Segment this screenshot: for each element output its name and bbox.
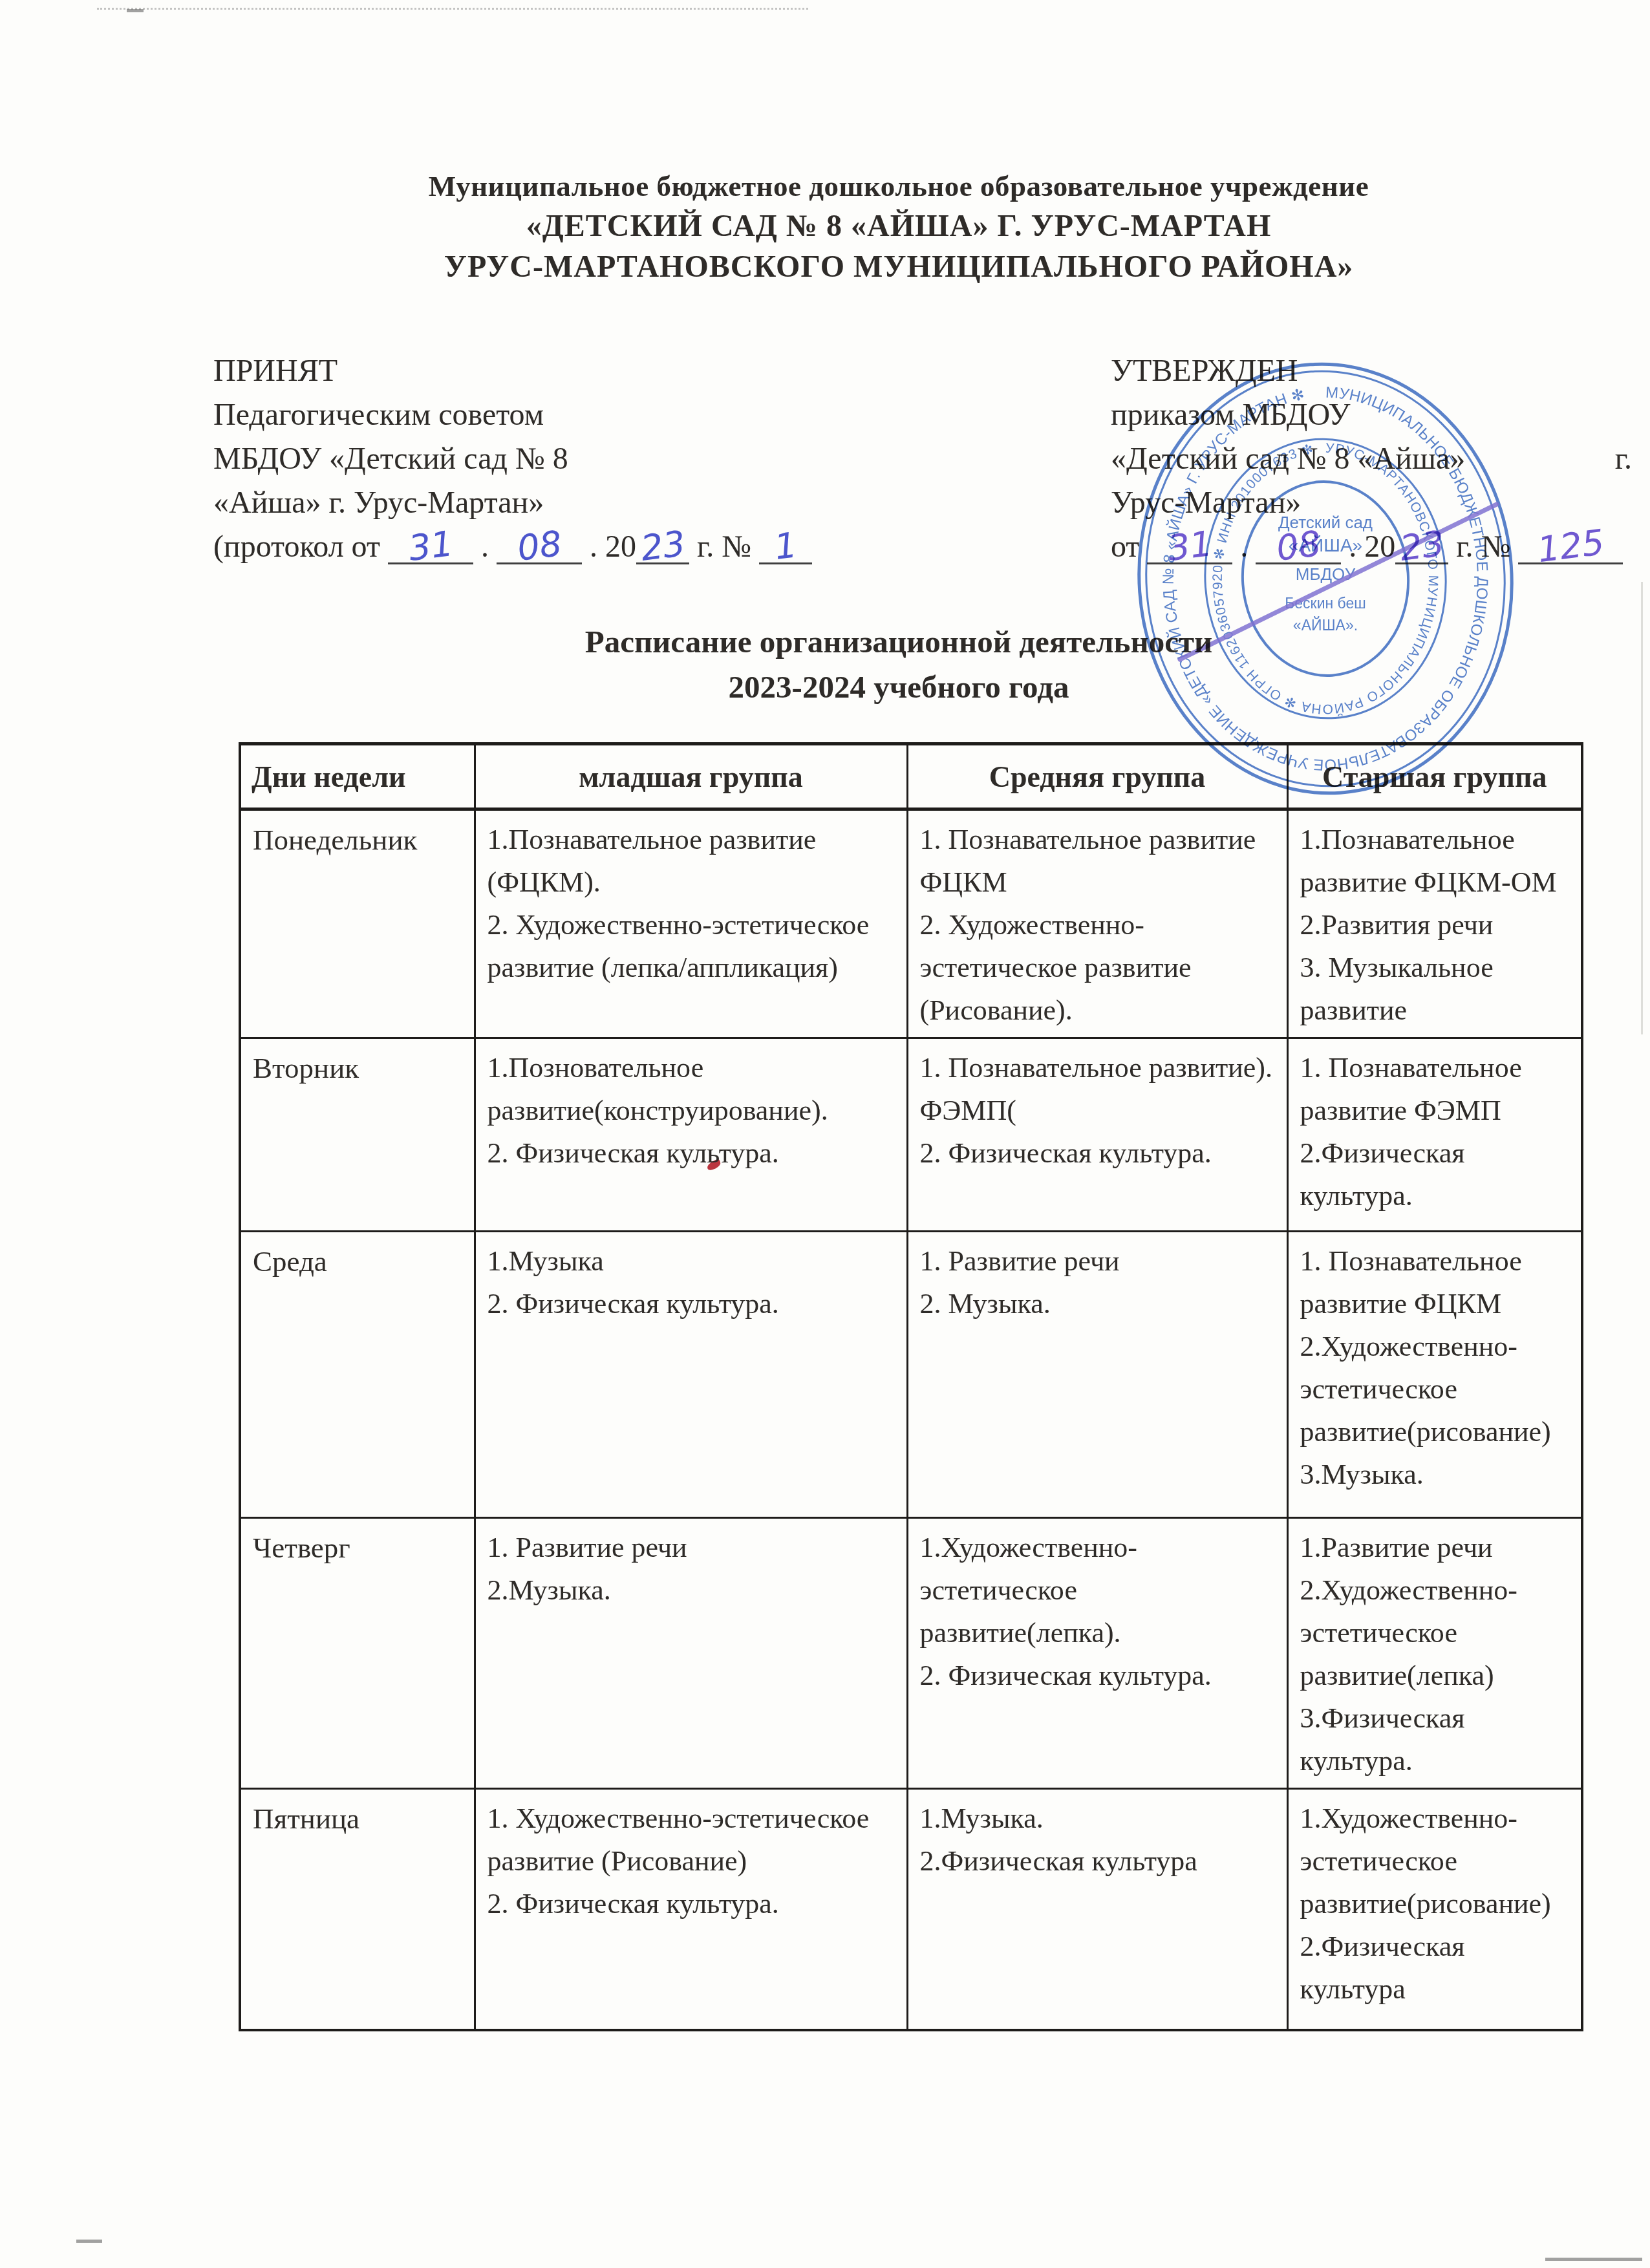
schedule-cell-middle: 1.Художественно-эстетическое развитие(ле… (907, 1518, 1287, 1789)
activity-item: 1. Познавательное развитие ФЦКМ (920, 818, 1275, 904)
activity-item: 1.Позновательное развитие(конструировани… (487, 1047, 895, 1132)
activity-item: 1. Познавательное развитие). (920, 1047, 1275, 1089)
activity-item: 1. Познавательное развитие ФЦКМ (1300, 1240, 1570, 1325)
activity-item: 1. Развитие речи (920, 1240, 1275, 1283)
svg-text:«АЙША».: «АЙША». (1293, 616, 1358, 634)
activity-item: 2. Физическая культура. (920, 1654, 1275, 1697)
table-row: Среда1.Музыка2. Физическая культура.1. Р… (240, 1232, 1582, 1518)
day-cell: Пятница (240, 1789, 475, 2031)
activity-item: ФЭМП( (920, 1089, 1275, 1132)
protocol-prefix: (протокол от (213, 530, 380, 564)
activity-item: 1.Познавательное развитие (ФЦКМ). (487, 818, 895, 904)
protocol-year-blank: 23 (636, 528, 689, 564)
activity-item: 1.Музыка. (920, 1797, 1275, 1840)
order-number-blank: 125 (1518, 528, 1623, 564)
activity-item: 2.Художественно-эстетическое развитие(ле… (1300, 1569, 1570, 1697)
handwritten-number: 125 (1536, 525, 1606, 568)
accepted-block: ПРИНЯТ Педагогическим советом МБДОУ «Дет… (213, 349, 1028, 569)
schedule-cell-young: 1.Позновательное развитие(конструировани… (475, 1038, 907, 1232)
activity-item: 1.Художественно-эстетическое развитие(ле… (920, 1526, 1275, 1654)
table-row: Четверг1. Развитие речи2.Музыка.1.Художе… (240, 1518, 1582, 1789)
table-row: Вторник1.Позновательное развитие(констру… (240, 1038, 1582, 1232)
svg-text:Детский сад: Детский сад (1278, 513, 1373, 532)
schedule-cell-middle: 1.Музыка.2.Физическая культура (907, 1789, 1287, 2031)
g-label: г. (697, 530, 714, 564)
activity-item: 1.Музыка (487, 1240, 895, 1283)
activity-item: 2.Художественно-эстетическое развитие(ри… (1300, 1325, 1570, 1453)
activity-item: 2.Музыка. (487, 1569, 895, 1612)
handwritten-year: 23 (639, 526, 687, 566)
day-cell: Среда (240, 1232, 475, 1518)
table-row: Пятница1. Художественно-эстетическое раз… (240, 1789, 1582, 2031)
activity-item: 3.Физическая культура. (1300, 1697, 1570, 1782)
org-header: Муниципальное бюджетное дошкольное образ… (220, 169, 1578, 284)
day-cell: Понедельник (240, 809, 475, 1038)
activity-item: 1.Художественно-эстетическое развитие(ри… (1300, 1797, 1570, 1925)
schedule-cell-young: 1. Художественно-эстетическое развитие (… (475, 1789, 907, 2031)
column-header-young-group: младшая группа (475, 744, 907, 809)
protocol-line: (протокол от 31 . 08 . 2023 г. № 1 (213, 525, 1028, 569)
activity-item: 2.Развития речи (1300, 904, 1570, 947)
activity-item: 2. Художественно-эстетическое развитие (… (487, 904, 895, 989)
org-name-line3: УРУС-МАРТАНОВСКОГО МУНИЦИПАЛЬНОГО РАЙОНА… (220, 249, 1578, 284)
activity-item: 2.Физическая культура. (1300, 1132, 1570, 1217)
schedule-cell-young: 1. Развитие речи2.Музыка. (475, 1518, 907, 1789)
number-sign: № (722, 530, 751, 564)
protocol-month-blank: 08 (497, 528, 582, 564)
schedule-cell-senior: 1.Художественно-эстетическое развитие(ри… (1287, 1789, 1582, 2031)
accepted-line2: МБДОУ «Детский сад № 8 (213, 437, 1028, 481)
column-header-days: Дни недели (240, 744, 475, 809)
activity-item: 3.Музыка. (1300, 1453, 1570, 1496)
schedule-cell-senior: 1.Развитие речи2.Художественно-эстетичес… (1287, 1518, 1582, 1789)
schedule-cell-senior: 1. Познавательное развитие ФЭМП2.Физичес… (1287, 1038, 1582, 1232)
activity-item: 2.Физическая культура (1300, 1925, 1570, 2011)
activity-item: 2. Физическая культура. (487, 1132, 895, 1175)
scan-speck (127, 9, 144, 12)
scan-noise-line (97, 8, 808, 10)
scan-edge-shadow (1641, 582, 1643, 1034)
protocol-day-blank: 31 (388, 528, 473, 564)
dot: . (481, 530, 489, 564)
activity-item: 2. Музыка. (920, 1283, 1275, 1325)
schedule-cell-senior: 1.Познавательное развитие ФЦКМ-ОМ2.Разви… (1287, 809, 1582, 1038)
day-cell: Вторник (240, 1038, 475, 1232)
official-stamp: МУНИЦИПАЛЬНОЕ БЮДЖЕТНОЕ ДОШКОЛЬНОЕ ОБРАЗ… (1119, 352, 1532, 805)
org-name-line2: «ДЕТСКИЙ САД № 8 «АЙША» Г. УРУС-МАРТАН (220, 208, 1578, 244)
schedule-table: Дни недели младшая группа Средняя группа… (239, 742, 1583, 2031)
table-row: Понедельник1.Познавательное развитие (ФЦ… (240, 809, 1582, 1038)
activity-item: 1. Художественно-эстетическое развитие (… (487, 1797, 895, 1883)
day-cell: Четверг (240, 1518, 475, 1789)
scanned-document: { "document": { "org_header": { "line1":… (0, 0, 1650, 2268)
activity-item: 1.Познавательное развитие ФЦКМ-ОМ (1300, 818, 1570, 904)
schedule-cell-young: 1.Познавательное развитие (ФЦКМ).2. Худо… (475, 809, 907, 1038)
activity-item: 2. Художественно-эстетическое развитие (… (920, 904, 1275, 1032)
schedule-cell-young: 1.Музыка2. Физическая культура. (475, 1232, 907, 1518)
activity-item: 1. Развитие речи (487, 1526, 895, 1569)
scan-speck (1545, 2258, 1642, 2261)
protocol-number-blank: 1 (759, 528, 812, 564)
schedule-cell-senior: 1. Познавательное развитие ФЦКМ2.Художес… (1287, 1232, 1582, 1518)
scan-speck (76, 2240, 102, 2243)
handwritten-day: 31 (407, 526, 455, 566)
activity-item: 1. Познавательное развитие ФЭМП (1300, 1047, 1570, 1132)
svg-text:МБДОУ: МБДОУ (1296, 564, 1356, 584)
activity-item: 1.Развитие речи (1300, 1526, 1570, 1569)
svg-text:«АЙША»: «АЙША» (1289, 535, 1362, 555)
activity-item: 2. Физическая культура. (487, 1283, 895, 1325)
accepted-line3: «Айша» г. Урус-Мартан» (213, 481, 1028, 525)
activity-item: 2. Физическая культура. (487, 1883, 895, 1925)
accepted-title: ПРИНЯТ (213, 349, 1028, 393)
org-name-line1: Муниципальное бюджетное дошкольное образ… (220, 169, 1578, 203)
activity-item: 3. Музыкальное развитие (1300, 947, 1570, 1032)
activity-item: 2. Физическая культура. (920, 1132, 1275, 1175)
schedule-cell-middle: 1. Развитие речи2. Музыка. (907, 1232, 1287, 1518)
schedule-cell-middle: 1. Познавательное развитие).ФЭМП(2. Физи… (907, 1038, 1287, 1232)
schedule-cell-middle: 1. Познавательное развитие ФЦКМ2. Художе… (907, 809, 1287, 1038)
activity-item: 2.Физическая культура (920, 1840, 1275, 1883)
approved-line2-tail: г. (1615, 437, 1632, 481)
handwritten-month: 08 (515, 526, 564, 566)
handwritten-number: 1 (773, 528, 799, 565)
year-print: . 20 (590, 530, 636, 564)
accepted-line1: Педагогическим советом (213, 393, 1028, 437)
